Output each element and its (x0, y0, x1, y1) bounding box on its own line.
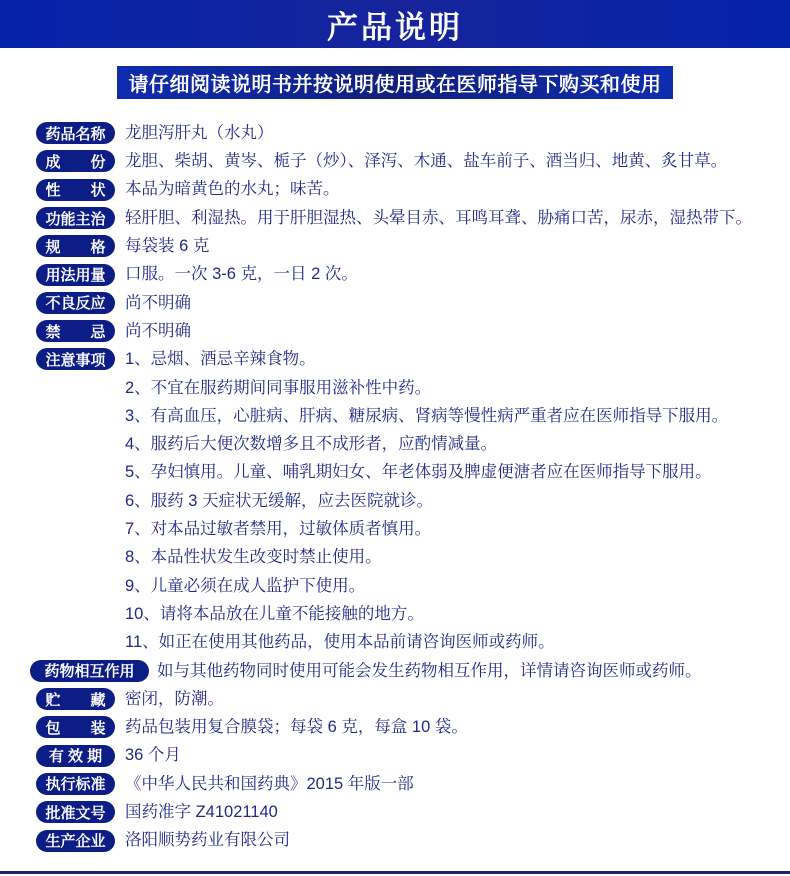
field-label-pill: 包 装 (36, 716, 115, 738)
row-precautions: 注意事项 1、忌烟、酒忌辛辣食物。 2、不宜在服药期间同事服用滋补性中药。 3、… (0, 345, 790, 656)
page-title: 产品说明 (327, 2, 463, 47)
row-approval-number: 批准文号 国药准字 Z41021140 (0, 798, 790, 826)
precaution-item: 8、本品性状发生改变时禁止使用。 (125, 543, 728, 571)
specification-value: 每袋装 6 克 (125, 238, 209, 255)
row-ingredients: 成 份 龙胆、柴胡、黄岑、栀子（炒）、泽泻、木通、盐车前子、酒当归、地黄、炙甘草… (0, 147, 790, 175)
usage-notice-text: 请仔细阅读说明书并按说明使用或在医师指导下购买和使用 (129, 68, 662, 97)
shelf-life-value: 36 个月 (125, 747, 181, 764)
field-label-pill: 禁 忌 (36, 320, 115, 342)
precaution-item: 4、服药后大便次数增多且不成形者，应酌情减量。 (125, 430, 728, 458)
ingredients-value: 龙胆、柴胡、黄岑、栀子（炒）、泽泻、木通、盐车前子、酒当归、地黄、炙甘草。 (125, 153, 727, 170)
contraindications-value: 尚不明确 (125, 323, 191, 340)
precaution-item: 10、请将本品放在儿童不能接触的地方。 (125, 600, 728, 628)
field-label-pill: 功能主治 (36, 207, 115, 229)
bottom-divider (0, 871, 790, 874)
row-storage: 贮 藏 密闭，防潮。 (0, 685, 790, 713)
usage-notice-bar: 请仔细阅读说明书并按说明使用或在医师指导下购买和使用 (117, 66, 673, 99)
row-drug-name: 药品名称 龙胆泻肝丸（水丸） (0, 119, 790, 147)
approval-number-value: 国药准字 Z41021140 (125, 804, 278, 821)
field-label-pill: 药品名称 (36, 122, 115, 144)
field-label-pill: 性 状 (36, 179, 115, 201)
field-label-pill: 批准文号 (36, 801, 115, 823)
field-label-pill: 有 效 期 (36, 745, 115, 767)
properties-value: 本品为暗黄色的水丸；味苦。 (125, 181, 340, 198)
field-label-pill: 不良反应 (36, 292, 115, 314)
row-drug-interactions: 药物相互作用 如与其他药物同时使用可能会发生药物相互作用，详情请咨询医师或药师。 (0, 657, 790, 685)
row-standard: 执行标准 《中华人民共和国药典》2015 年版一部 (0, 770, 790, 798)
field-label-pill: 执行标准 (36, 773, 115, 795)
storage-value: 密闭，防潮。 (125, 691, 224, 708)
precaution-item: 7、对本品过敏者禁用，过敏体质者慎用。 (125, 515, 728, 543)
drug-interactions-value: 如与其他药物同时使用可能会发生药物相互作用，详情请咨询医师或药师。 (157, 663, 702, 680)
standard-value: 《中华人民共和国药典》2015 年版一部 (125, 776, 414, 793)
precaution-item: 3、有高血压，心脏病、肝病、糖尿病、肾病等慢性病严重者应在医师指导下服用。 (125, 402, 728, 430)
row-shelf-life: 有 效 期 36 个月 (0, 742, 790, 770)
drug-name-value: 龙胆泻肝丸（水丸） (125, 125, 274, 142)
product-description-banner: 产品说明 (0, 0, 790, 48)
row-specification: 规 格 每袋装 6 克 (0, 232, 790, 260)
row-indications: 功能主治 轻肝胆、利湿热。用于肝胆湿热、头晕目赤、耳鸣耳聋、胁痛口苦，尿赤，湿热… (0, 204, 790, 232)
field-label-pill: 规 格 (36, 235, 115, 257)
field-label-pill: 贮 藏 (36, 688, 115, 710)
row-packaging: 包 装 药品包装用复合膜袋；每袋 6 克，每盒 10 袋。 (0, 713, 790, 741)
usage-notice-section: 请仔细阅读说明书并按说明使用或在医师指导下购买和使用 (0, 66, 790, 99)
precaution-item: 5、孕妇慎用。儿童、哺乳期妇女、年老体弱及脾虚便溏者应在医师指导下服用。 (125, 459, 728, 487)
precaution-item: 1、忌烟、酒忌辛辣食物。 (125, 345, 728, 373)
field-label-pill: 生产企业 (36, 830, 115, 852)
field-label-pill: 用法用量 (36, 264, 115, 286)
row-contraindications: 禁 忌 尚不明确 (0, 317, 790, 345)
row-adverse-reactions: 不良反应 尚不明确 (0, 289, 790, 317)
field-label-pill: 药物相互作用 (30, 660, 149, 682)
packaging-value: 药品包装用复合膜袋；每袋 6 克，每盒 10 袋。 (125, 719, 468, 736)
precautions-list: 1、忌烟、酒忌辛辣食物。 2、不宜在服药期间同事服用滋补性中药。 3、有高血压，… (125, 345, 728, 656)
precaution-item: 11、如正在使用其他药品，使用本品前请咨询医师或药师。 (125, 628, 728, 656)
field-label-pill: 注意事项 (36, 348, 115, 370)
field-label-pill: 成 份 (36, 150, 115, 172)
precaution-item: 9、儿童必须在成人监护下使用。 (125, 572, 728, 600)
row-dosage: 用法用量 口服。一次 3-6 克，一日 2 次。 (0, 260, 790, 288)
indications-value: 轻肝胆、利湿热。用于肝胆湿热、头晕目赤、耳鸣耳聋、胁痛口苦，尿赤，湿热带下。 (125, 210, 752, 227)
dosage-value: 口服。一次 3-6 克，一日 2 次。 (125, 266, 358, 283)
adverse-reactions-value: 尚不明确 (125, 295, 191, 312)
precaution-item: 6、服药 3 天症状无缓解，应去医院就诊。 (125, 487, 728, 515)
precaution-item: 2、不宜在服药期间同事服用滋补性中药。 (125, 374, 728, 402)
row-properties: 性 状 本品为暗黄色的水丸；味苦。 (0, 176, 790, 204)
manufacturer-value: 洛阳顺势药业有限公司 (125, 832, 290, 849)
product-fields-list: 药品名称 龙胆泻肝丸（水丸） 成 份 龙胆、柴胡、黄岑、栀子（炒）、泽泻、木通、… (0, 119, 790, 855)
row-manufacturer: 生产企业 洛阳顺势药业有限公司 (0, 826, 790, 854)
